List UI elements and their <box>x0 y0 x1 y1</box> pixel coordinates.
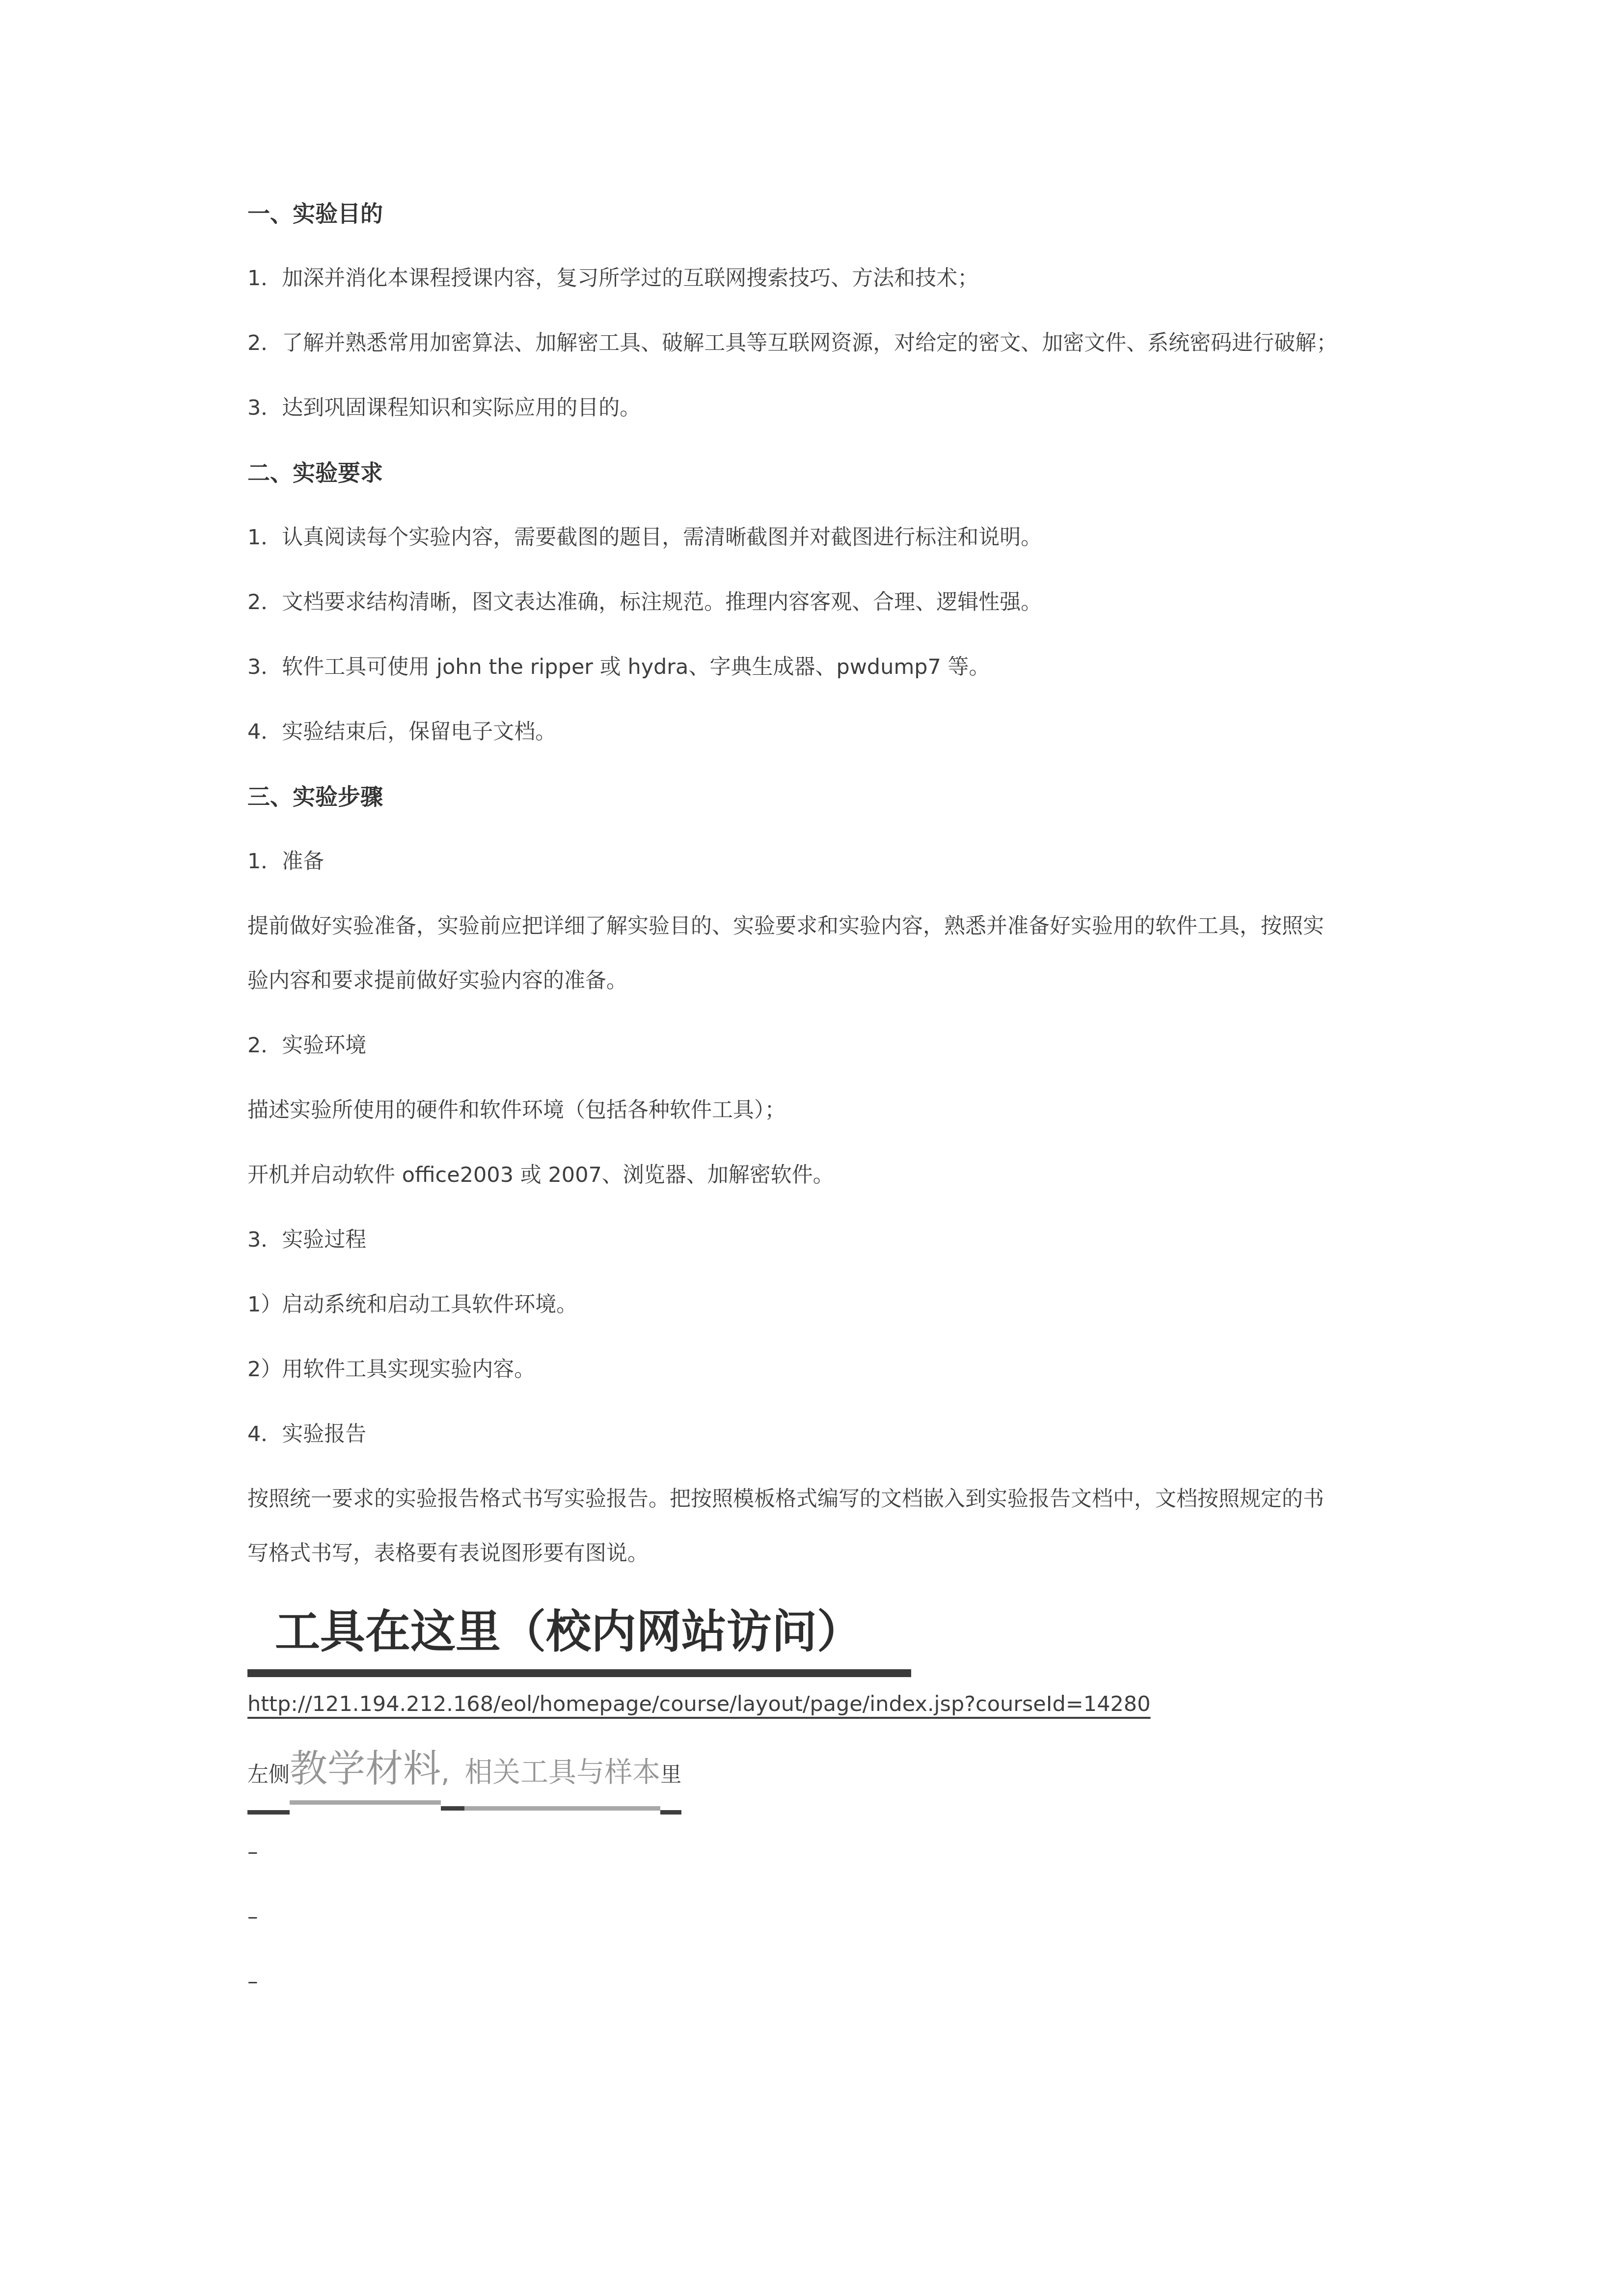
step-process-item-2: 2）用软件工具实现实验内容。 <box>247 1342 1442 1397</box>
step-prepare-title: 1．准备 <box>247 834 1442 889</box>
purpose-item-1: 1．加深并消化本课程授课内容，复习所学过的互联网搜索技巧、方法和技术； <box>247 251 1442 306</box>
step-env-desc: 描述实验所使用的硬件和软件环境（包括各种软件工具）； <box>247 1083 1442 1138</box>
requirement-item-4: 4．实验结束后，保留电子文档。 <box>247 705 1442 759</box>
step-env-title: 2．实验环境 <box>247 1018 1442 1073</box>
dash-item-1: – <box>247 1825 1442 1879</box>
document-body: 一、实验目的 1．加深并消化本课程授课内容，复习所学过的互联网搜索技巧、方法和技… <box>0 0 1624 2009</box>
step-prepare-body: 提前做好实验准备，实验前应把详细了解实验目的、实验要求和实验内容，熟悉并准备好实… <box>247 899 1442 1008</box>
materials-comma: , <box>441 1745 464 1811</box>
tools-heading-text: 工具在这里（校内网站访问） <box>247 1604 911 1677</box>
materials-middle-text: 相关工具与样本 <box>464 1745 660 1811</box>
step-report-body: 按照统一要求的实验报告格式书写实验报告。把按照模板格式编写的文档嵌入到实验报告文… <box>247 1472 1442 1581</box>
materials-prefix: 左侧 <box>247 1748 290 1815</box>
section-heading-steps: 三、实验步骤 <box>247 770 1442 824</box>
step-process-item-1: 1）启动系统和启动工具软件环境。 <box>247 1278 1442 1332</box>
dash-item-3: – <box>247 1954 1442 2009</box>
step-env-boot: 开机并启动软件 office2003 或 2007、浏览器、加解密软件。 <box>247 1148 1442 1202</box>
course-link[interactable]: http://121.194.212.168/eol/homepage/cour… <box>247 1692 1164 1716</box>
purpose-item-2: 2．了解并熟悉常用加密算法、加解密工具、破解工具等互联网资源，对给定的密文、加密… <box>247 316 1442 371</box>
materials-suffix: 里 <box>660 1748 681 1815</box>
section-heading-requirements: 二、实验要求 <box>247 446 1442 500</box>
requirement-item-1: 1．认真阅读每个实验内容，需要截图的题目，需清晰截图并对截图进行标注和说明。 <box>247 510 1442 565</box>
step-process-title: 3．实验过程 <box>247 1213 1442 1267</box>
dash-item-2: – <box>247 1890 1442 1944</box>
materials-large-text: 教学材料 <box>290 1742 441 1805</box>
section-heading-purpose: 一、实验目的 <box>247 187 1442 241</box>
course-url-line: http://121.194.212.168/eol/homepage/cour… <box>247 1677 1442 1732</box>
materials-line: 左侧教学材料,相关工具与样本里 <box>247 1742 1442 1815</box>
purpose-item-3: 3．达到巩固课程知识和实际应用的目的。 <box>247 381 1442 435</box>
requirement-item-3: 3．软件工具可使用 john the ripper 或 hydra、字典生成器、… <box>247 640 1442 694</box>
tools-heading: 工具在这里（校内网站访问） <box>247 1604 1442 1677</box>
requirement-item-2: 2．文档要求结构清晰，图文表达准确，标注规范。推理内容客观、合理、逻辑性强。 <box>247 575 1442 630</box>
step-report-title: 4．实验报告 <box>247 1407 1442 1462</box>
document-page: 一、实验目的 1．加深并消化本课程授课内容，复习所学过的互联网搜索技巧、方法和技… <box>0 0 1624 2296</box>
